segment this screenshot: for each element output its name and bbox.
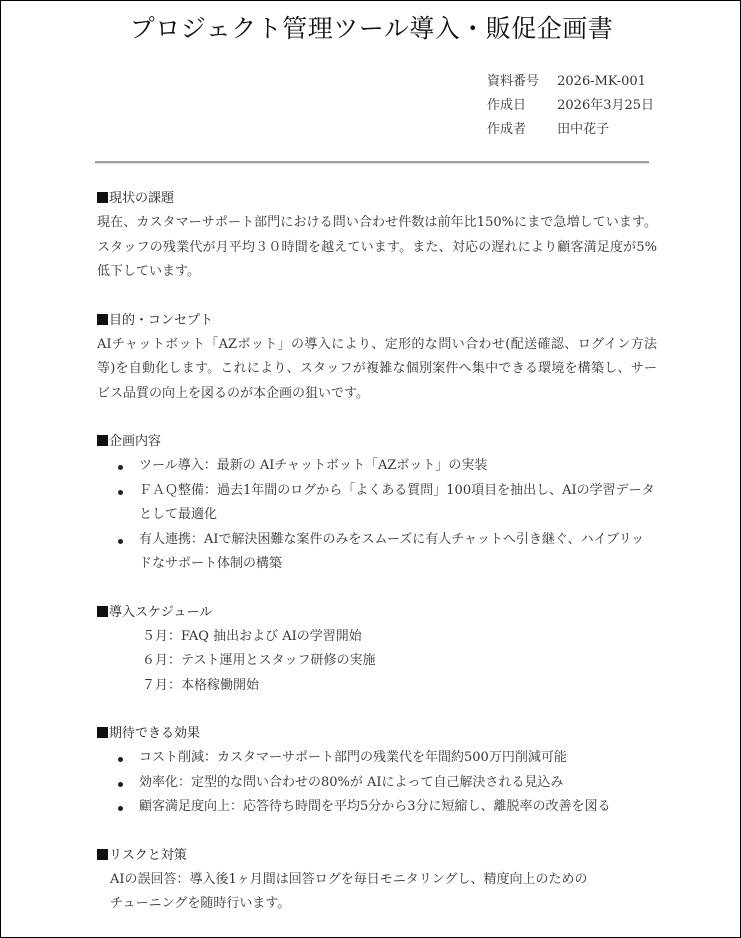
section-heading: 企画内容 bbox=[97, 430, 657, 454]
section-plan: 企画内容 ツール導入：最新の AIチャットボット「AZボット」の実装 ＦＡＱ整備… bbox=[97, 430, 657, 577]
meta-label: 作成日 bbox=[487, 94, 553, 118]
square-bullet-icon bbox=[97, 435, 108, 446]
list-item-text: 有人連携：AIで解決困難な案件のみをスムーズに有人チャットへ引き継ぐ、ハイブリッ… bbox=[139, 532, 644, 572]
meta-row-created-date: 作成日 2026年3月25日 bbox=[487, 94, 654, 118]
bullet-dot-icon bbox=[118, 782, 123, 787]
meta-value-author: 田中花子 bbox=[557, 118, 609, 142]
bullet-dot-icon bbox=[118, 806, 123, 811]
section-current-issues: 現状の課題 現在、カスタマーサポート部門における問い合わせ件数は前年比150%に… bbox=[97, 187, 657, 285]
meta-value-doc-number: 2026-MK-001 bbox=[557, 70, 646, 94]
document-body: 現状の課題 現在、カスタマーサポート部門における問い合わせ件数は前年比150%に… bbox=[97, 187, 657, 938]
section-purpose: 目的・コンセプト AIチャットボット「AZボット」の導入により、定形的な問い合わ… bbox=[97, 309, 657, 407]
section-heading-text: 期待できる効果 bbox=[109, 726, 200, 741]
list-item: ＦＡＱ整備：過去1年間のログから「よくある質問」100項目を抽出し、AIの学習デ… bbox=[97, 479, 657, 528]
bullet-dot-icon bbox=[118, 490, 123, 495]
bullet-dot-icon bbox=[118, 757, 123, 762]
list-item-text: 顧客満足度向上：応答待ち時間を平均5分から3分に短縮し、離脱率の改善を図る bbox=[139, 799, 611, 814]
section-risks: リスクと対策 AIの誤回答：導入後1ヶ月間は回答ログを毎日モニタリングし、精度向… bbox=[97, 844, 657, 917]
square-bullet-icon bbox=[97, 849, 108, 860]
list-item: ツール導入：最新の AIチャットボット「AZボット」の実装 bbox=[97, 454, 657, 479]
section-schedule: 導入スケジュール ５月：FAQ 抽出および AIの学習開始 ６月：テスト運用とス… bbox=[97, 601, 657, 699]
plan-list: ツール導入：最新の AIチャットボット「AZボット」の実装 ＦＡＱ整備：過去1年… bbox=[97, 454, 657, 577]
meta-row-author: 作成者 田中花子 bbox=[487, 118, 654, 142]
section-heading-text: 現状の課題 bbox=[109, 191, 174, 206]
section-heading-text: 企画内容 bbox=[109, 434, 161, 449]
list-item: 顧客満足度向上：応答待ち時間を平均5分から3分に短縮し、離脱率の改善を図る bbox=[97, 795, 657, 820]
list-item-text: 効率化：定型的な問い合わせの80%が AIによって自己解決される見込み bbox=[139, 775, 564, 790]
section-heading: 期待できる効果 bbox=[97, 722, 657, 746]
schedule-item: ７月：本格稼働開始 bbox=[97, 674, 657, 699]
section-heading: リスクと対策 bbox=[97, 844, 657, 868]
meta-value-created-date: 2026年3月25日 bbox=[557, 94, 654, 118]
section-heading: 目的・コンセプト bbox=[97, 309, 657, 333]
schedule-list: ５月：FAQ 抽出および AIの学習開始 ６月：テスト運用とスタッフ研修の実施 … bbox=[97, 625, 657, 699]
section-effects: 期待できる効果 コスト削減：カスタマーサポート部門の残業代を年間約500万円削減… bbox=[97, 722, 657, 820]
square-bullet-icon bbox=[97, 727, 108, 738]
section-paragraph: 現在、カスタマーサポート部門における問い合わせ件数は前年比150%にまで急増して… bbox=[97, 211, 657, 285]
bullet-dot-icon bbox=[118, 539, 123, 544]
list-item-text: ツール導入：最新の AIチャットボット「AZボット」の実装 bbox=[139, 458, 487, 473]
square-bullet-icon bbox=[97, 314, 108, 325]
list-item-text: コスト削減：カスタマーサポート部門の残業代を年間約500万円削減可能 bbox=[139, 750, 567, 765]
meta-label: 資料番号 bbox=[487, 70, 553, 94]
square-bullet-icon bbox=[97, 606, 108, 617]
schedule-item: ５月：FAQ 抽出および AIの学習開始 bbox=[97, 625, 657, 650]
risk-line: AIの誤回答：導入後1ヶ月間は回答ログを毎日モニタリングし、精度向上のための bbox=[97, 868, 657, 893]
meta-label: 作成者 bbox=[487, 118, 553, 142]
section-heading-text: リスクと対策 bbox=[109, 848, 187, 863]
section-heading-text: 導入スケジュール bbox=[109, 605, 212, 620]
section-heading: 導入スケジュール bbox=[97, 601, 657, 625]
section-paragraph: AIチャットボット「AZボット」の導入により、定形的な問い合わせ(配送確認、ログ… bbox=[97, 333, 657, 407]
schedule-item: ６月：テスト運用とスタッフ研修の実施 bbox=[97, 649, 657, 674]
section-heading: 現状の課題 bbox=[97, 187, 657, 211]
square-bullet-icon bbox=[97, 192, 108, 203]
list-item: 有人連携：AIで解決困難な案件のみをスムーズに有人チャットへ引き継ぐ、ハイブリッ… bbox=[97, 528, 657, 577]
meta-row-doc-number: 資料番号 2026-MK-001 bbox=[487, 70, 654, 94]
bullet-dot-icon bbox=[118, 465, 123, 470]
section-heading-text: 目的・コンセプト bbox=[109, 313, 213, 328]
list-item-text: ＦＡＱ整備：過去1年間のログから「よくある質問」100項目を抽出し、AIの学習デ… bbox=[139, 483, 655, 523]
document-title: プロジェクト管理ツール導入・販促企画書 bbox=[1, 11, 741, 47]
document-page: プロジェクト管理ツール導入・販促企画書 資料番号 2026-MK-001 作成日… bbox=[0, 0, 741, 938]
horizontal-divider bbox=[95, 161, 649, 164]
risk-line: チューニングを随時行います。 bbox=[97, 892, 657, 917]
list-item: コスト削減：カスタマーサポート部門の残業代を年間約500万円削減可能 bbox=[97, 746, 657, 771]
list-item: 効率化：定型的な問い合わせの80%が AIによって自己解決される見込み bbox=[97, 771, 657, 796]
effects-list: コスト削減：カスタマーサポート部門の残業代を年間約500万円削減可能 効率化：定… bbox=[97, 746, 657, 820]
document-meta: 資料番号 2026-MK-001 作成日 2026年3月25日 作成者 田中花子 bbox=[487, 70, 654, 142]
